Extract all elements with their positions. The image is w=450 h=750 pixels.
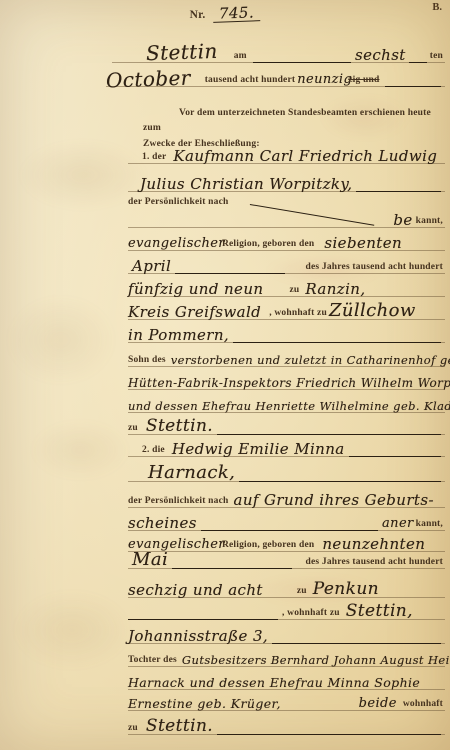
groom-region-row: in Pommern, (128, 319, 445, 343)
filler-stroke (356, 188, 441, 192)
bride-parents-row-1: Tochter des Gutsbesitzers Bernhard Johan… (128, 643, 445, 667)
groom-religion-handwritten: evangelischer (128, 238, 225, 250)
register-page: B. Nr. 745. Stettin am sechst ten Octobe… (0, 0, 450, 750)
groom-birth-month-row: April des Jahres tausend acht hundert (128, 250, 445, 274)
ink-bleed-smudge (6, 295, 116, 385)
bride-item-label: 2. die (142, 445, 167, 456)
groom-parents-row-1: Sohn des verstorbenen und zuletzt in Cat… (128, 343, 445, 367)
groom-residence-handwritten: Züllchow (329, 302, 416, 319)
filler-stroke (385, 83, 441, 87)
groom-birth-place-handwritten: Ranzin, (305, 282, 365, 296)
groom-known-printed: kannt, (416, 216, 445, 227)
groom-item-label: 1. der (142, 152, 168, 163)
bride-birth-year-row: sechzig und acht zu Penkun (128, 574, 445, 598)
dateline-year-row: October tausend acht hundert neunzig zig… (106, 62, 445, 87)
bride-parents-line1-handwritten: Gutsbesitzers Bernhard Johann August Hei… (182, 655, 450, 666)
bride-name-row-1: 2. die Hedwig Emilie Minna (128, 433, 445, 457)
groom-name-line1-handwritten: Kaufmann Carl Friedrich Ludwig (173, 149, 437, 163)
ink-bleed-smudge (30, 420, 130, 480)
bride-zu2-label: zu (128, 723, 140, 734)
groom-religion-label: Religion, geboren den (222, 239, 316, 250)
bride-parents-residence-handwritten: Stettin. (146, 718, 213, 734)
bride-birth-month-handwritten: Mai (132, 551, 168, 568)
groom-district-handwritten: Kreis Greifswald (128, 305, 261, 319)
groom-known-row: be kannt, (128, 203, 445, 228)
groom-name-row-2: Julius Christian Worpitzky, (128, 167, 445, 192)
groom-name-row-1: 1. der Kaufmann Carl Friedrich Ludwig (128, 139, 445, 164)
groom-zu-label: zu (289, 285, 301, 296)
groom-religion-row: evangelischer Religion, geboren den sieb… (128, 227, 445, 251)
ink-bleed-smudge (12, 590, 132, 670)
groom-birth-year-row: fünfzig und neun zu Ranzin, (128, 273, 445, 297)
bride-resident-label: , wohnhaft zu (282, 608, 342, 619)
bride-identity-handwritten-1: auf Grund ihres Geburts- (233, 493, 433, 507)
groom-parents-residence-row: zu Stettin. (128, 411, 445, 435)
dateline-place-row: Stettin am sechst ten (112, 36, 445, 63)
groom-name-line2-handwritten: Julius Christian Worpitzky, (140, 177, 352, 191)
groom-known-handwritten: be (393, 213, 412, 227)
bride-both-handwritten: beide (359, 698, 397, 710)
bride-residence-row: , wohnhaft zu Stettin, (128, 596, 445, 620)
bride-known-row: scheines aner kannt, (128, 507, 445, 531)
dateline-place-handwritten: Stettin (146, 42, 218, 63)
dateline-day-suffix: ten (430, 51, 445, 62)
filler-stroke (239, 478, 441, 482)
nr-value-handwritten: 745. (213, 5, 261, 23)
bride-parents-residence-row: zu Stettin. (128, 711, 445, 735)
nr-line: Nr. 745. (0, 6, 450, 22)
bride-daughter-label: Tochter des (128, 655, 179, 666)
groom-parents-line1-handwritten: verstorbenen und zuletzt in Catharinenho… (171, 355, 450, 366)
dateline-year-struck: zig und (348, 75, 381, 86)
groom-parents-line2-handwritten: Hütten-Fabrik-Inspektors Friedrich Wilhe… (128, 378, 450, 389)
nr-label: Nr. (190, 9, 208, 23)
dateline-am-label: am (234, 51, 249, 62)
bride-identity-label: der Persönlichkeit nach (128, 496, 230, 507)
bride-resident2-label: wohnhaft (403, 699, 445, 710)
groom-district-row: Kreis Greifswald , wohnhaft zu Züllchow (128, 296, 445, 320)
bride-parents-line3-handwritten: Ernestine geb. Krüger, (128, 698, 281, 710)
filler-stroke (217, 731, 441, 735)
groom-son-label: Sohn des (128, 355, 168, 366)
groom-parents-row-3: und dessen Ehefrau Henriette Wilhelmine … (128, 389, 445, 413)
groom-parents-row-2: Hütten-Fabrik-Inspektors Friedrich Wilhe… (128, 366, 445, 390)
groom-birth-month-handwritten: April (132, 259, 171, 273)
bride-parents-row-3: Ernestine geb. Krüger, beide wohnhaft (128, 687, 445, 711)
dateline-year-printed: tausend acht hundert (205, 75, 298, 86)
dateline-day-handwritten: sechst (355, 48, 406, 62)
dateline-month-handwritten: October (106, 69, 191, 91)
bride-identity-row: der Persönlichkeit nach auf Grund ihres … (128, 484, 445, 508)
groom-birth-day-handwritten: siebenten (324, 236, 402, 250)
bride-residence-handwritten: Stettin, (346, 603, 413, 619)
groom-birth-year-handwritten: fünfzig und neun (128, 282, 263, 296)
intro-line1: Vor dem unterzeichneten Standesbeamten e… (143, 106, 443, 137)
bride-street-row: Johannisstraße 3, (128, 620, 445, 644)
bride-birth-year-handwritten: sechzig und acht (128, 583, 263, 597)
dateline-year-handwritten: neunzig (297, 74, 352, 86)
bride-name-line1-handwritten: Hedwig Emilie Minna (172, 442, 345, 456)
filler-stroke (172, 565, 292, 569)
groom-year-label: des Jahres tausend acht hundert (306, 262, 445, 273)
bride-birth-month-row: Mai des Jahres tausend acht hundert (128, 547, 445, 569)
bride-name-line2-handwritten: Harnack, (148, 464, 235, 481)
bride-identity-handwritten-2: scheines (128, 516, 197, 530)
groom-parents-residence-handwritten: Stettin. (146, 418, 213, 434)
bride-year-label: des Jahres tausend acht hundert (306, 557, 445, 568)
bride-birth-place-handwritten: Penkun (313, 581, 379, 597)
groom-resident-label: , wohnhaft zu (269, 308, 329, 319)
groom-region-handwritten: in Pommern, (128, 328, 229, 342)
bride-street-handwritten: Johannisstraße 3, (128, 629, 268, 643)
bride-name-row-2: Harnack, (128, 457, 445, 482)
